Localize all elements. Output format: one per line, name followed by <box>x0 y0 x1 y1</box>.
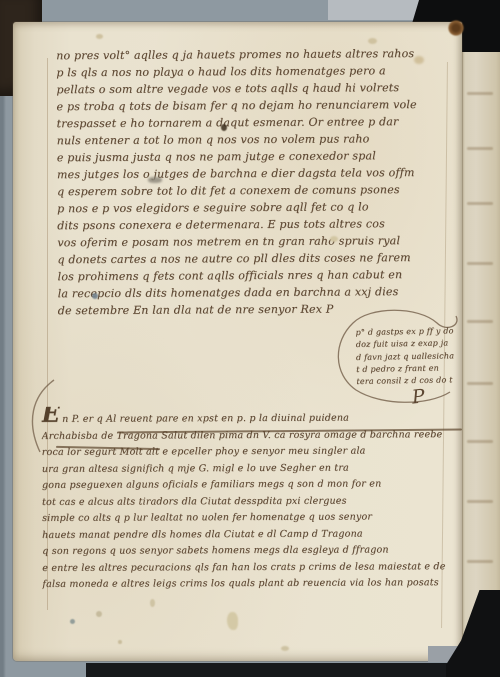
manuscript-text-line: roca lor segurt Molt alt e epceller phoy… <box>42 443 466 461</box>
paper-stain <box>96 34 103 39</box>
paper-stain <box>150 599 155 607</box>
manuscript-text-line: hauets manat pendre dls homes dla Ciutat… <box>42 526 466 544</box>
ghost-text-mark <box>467 560 493 563</box>
ghost-text-mark <box>467 92 493 95</box>
manuscript-text-line: p° d gastps ex p ff y do <box>355 325 467 339</box>
paper-spot <box>70 619 75 624</box>
manuscript-paragraph-2: En P. er q Al reuent pare en xpst en p. … <box>42 405 467 593</box>
manuscript-text-line: q son regons q uos senyor sabets homens … <box>42 542 466 560</box>
manuscript-paragraph-1: no pres volt° aqlles q ja hauets promes … <box>56 45 462 319</box>
manuscript-text-line: no pres volt° aqlles q ja hauets promes … <box>56 45 460 64</box>
manuscript-text-line: falsa moneda e altres leigs crims los qu… <box>42 575 466 593</box>
paper-spot <box>92 293 98 299</box>
ghost-text-mark <box>467 500 493 503</box>
manuscript-text-line: En P. er q Al reuent pare en xpst en p. … <box>42 405 466 428</box>
manuscript-text-line: simple co alts q p lur lealtat no uolen … <box>42 509 466 527</box>
ghost-text-mark <box>467 147 493 150</box>
paper-stain <box>96 611 102 617</box>
black-background-bottom <box>86 663 500 677</box>
manuscript-text-line: gona pseguexen alguns oficials e familia… <box>42 476 466 494</box>
burn-stain <box>448 20 464 36</box>
manuscript-text-line: tot cas e alcus alts tiradors dla Ciutat… <box>42 493 466 511</box>
manuscript-text-line: mes jutges los o jutges de barchna e die… <box>57 164 461 183</box>
ink-blot <box>221 124 227 131</box>
manuscript-text-line: los prohimens q fets cont aqlls official… <box>58 266 462 285</box>
paper-stain <box>368 38 377 44</box>
manuscript-text-line: e entre les altres pecuracions qls fan h… <box>42 559 466 577</box>
manuscript-scan-scene: no pres volt° aqlles q ja hauets promes … <box>0 0 500 677</box>
ghost-text-mark <box>467 202 493 205</box>
paper-stain <box>227 612 238 630</box>
paper-stain <box>118 640 122 644</box>
manuscript-text-line: e ps troba q tots de bisam fer q no deja… <box>56 96 460 115</box>
ghost-text-mark <box>467 262 493 265</box>
notarial-circle-note: p° d gastps ex p ff y dodoz fuit uisa z … <box>355 325 468 388</box>
ink-smudge <box>148 177 162 183</box>
paper-stain <box>330 236 338 242</box>
manuscript-text-line: ura gran altesa significh q mje G. migl … <box>42 460 466 478</box>
manuscript-text-line: d favn jazt q uallesicha <box>356 350 468 364</box>
paper-stain <box>281 646 289 651</box>
ghost-text-mark <box>467 440 493 443</box>
paper-stain <box>414 56 424 64</box>
